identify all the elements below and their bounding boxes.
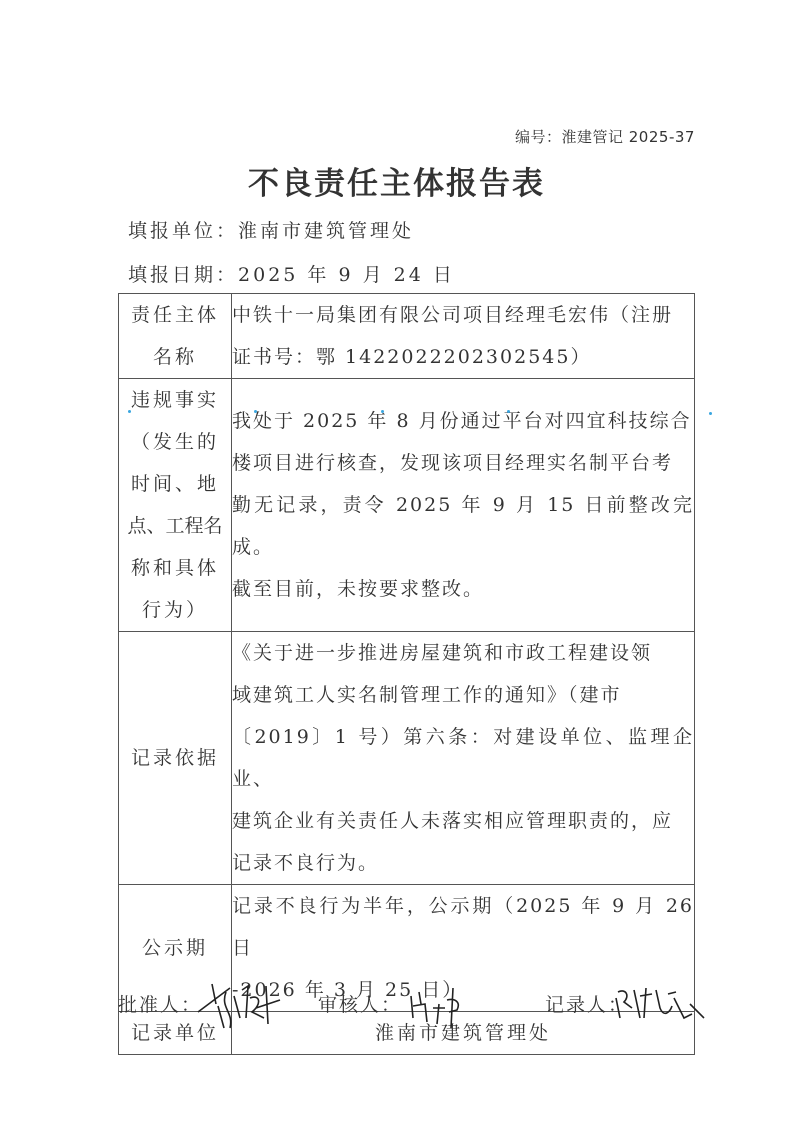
row-label: 责任主体 名称 [119,294,232,379]
label-line: （发生的 [119,421,231,463]
value-line: 〔2019〕1 号）第六条：对建设单位、监理企业、 [232,716,694,800]
value-line: 记录不良行为半年，公示期（2025 年 9 月 26 日 [232,885,694,969]
scan-dot [128,410,131,413]
report-table: 责任主体 名称 中铁十一局集团有限公司项目经理毛宏伟（注册 证书号：鄂 1422… [118,293,695,1055]
row-value: 《关于进一步推进房屋建筑和市政工程建设领 域建筑工人实名制管理工作的通知》（建市… [232,632,695,885]
reviewer-signature-icon [405,978,485,1038]
filing-unit-value: 淮南市建筑管理处 [238,220,414,242]
filing-unit-label: 填报单位： [128,220,238,242]
value-line: 勤无记录，责令 2025 年 9 月 15 日前整改完成。 [232,484,694,568]
label-line: 点、工程名 [119,505,231,547]
label-line: 时间、地 [119,463,231,505]
label-line: 公示期 [119,927,231,969]
value-line: 建筑企业有关责任人未落实相应管理职责的，应 [232,800,694,842]
document-number: 编号：淮建管记 2025-37 [515,126,695,147]
value-line: 证书号：鄂 1422022202302545） [232,336,694,378]
filing-date-value: 2025 年 9 月 24 日 [238,264,455,286]
scan-dot [254,410,257,413]
reviewer-label: 审核人： [318,990,402,1017]
row-label: 记录依据 [119,632,232,885]
document-title: 不良责任主体报告表 [0,158,793,203]
scan-dot [709,412,712,415]
value-line: 《关于进一步推进房屋建筑和市政工程建设领 [232,632,694,674]
scan-dot [507,410,510,413]
label-line: 责任主体 [119,294,231,336]
filing-date-label: 填报日期： [128,264,238,286]
filing-unit: 填报单位：淮南市建筑管理处 [128,216,414,243]
row-value: 中铁十一局集团有限公司项目经理毛宏伟（注册 证书号：鄂 142202220230… [232,294,695,379]
value-line: 记录不良行为。 [232,842,694,884]
table-row-violation-facts: 违规事实 （发生的 时间、地 点、工程名 称和具体 行为） 我处于 2025 年… [119,379,695,632]
row-label: 违规事实 （发生的 时间、地 点、工程名 称和具体 行为） [119,379,232,632]
label-line: 行为） [119,589,231,631]
value-line: 截至目前，未按要求整改。 [232,568,694,610]
value-line: 楼项目进行核查，发现该项目经理实名制平台考 [232,442,694,484]
table-row-responsible-party: 责任主体 名称 中铁十一局集团有限公司项目经理毛宏伟（注册 证书号：鄂 1422… [119,294,695,379]
value-line: 域建筑工人实名制管理工作的通知》（建市 [232,674,694,716]
label-line: 称和具体 [119,547,231,589]
row-value: 我处于 2025 年 8 月份通过平台对四宜科技综合 楼项目进行核查，发现该项目… [232,379,695,632]
table-row-record-basis: 记录依据 《关于进一步推进房屋建筑和市政工程建设领 域建筑工人实名制管理工作的通… [119,632,695,885]
approver-signature-icon [190,978,290,1038]
filing-date: 填报日期：2025 年 9 月 24 日 [128,260,455,287]
scan-dot [381,410,384,413]
value-line: 我处于 2025 年 8 月份通过平台对四宜科技综合 [232,400,694,442]
value-line: 中铁十一局集团有限公司项目经理毛宏伟（注册 [232,294,694,336]
recorder-signature-icon [612,978,712,1028]
label-line: 名称 [119,336,231,378]
label-line: 违规事实 [119,379,231,421]
label-line: 记录依据 [119,737,231,779]
